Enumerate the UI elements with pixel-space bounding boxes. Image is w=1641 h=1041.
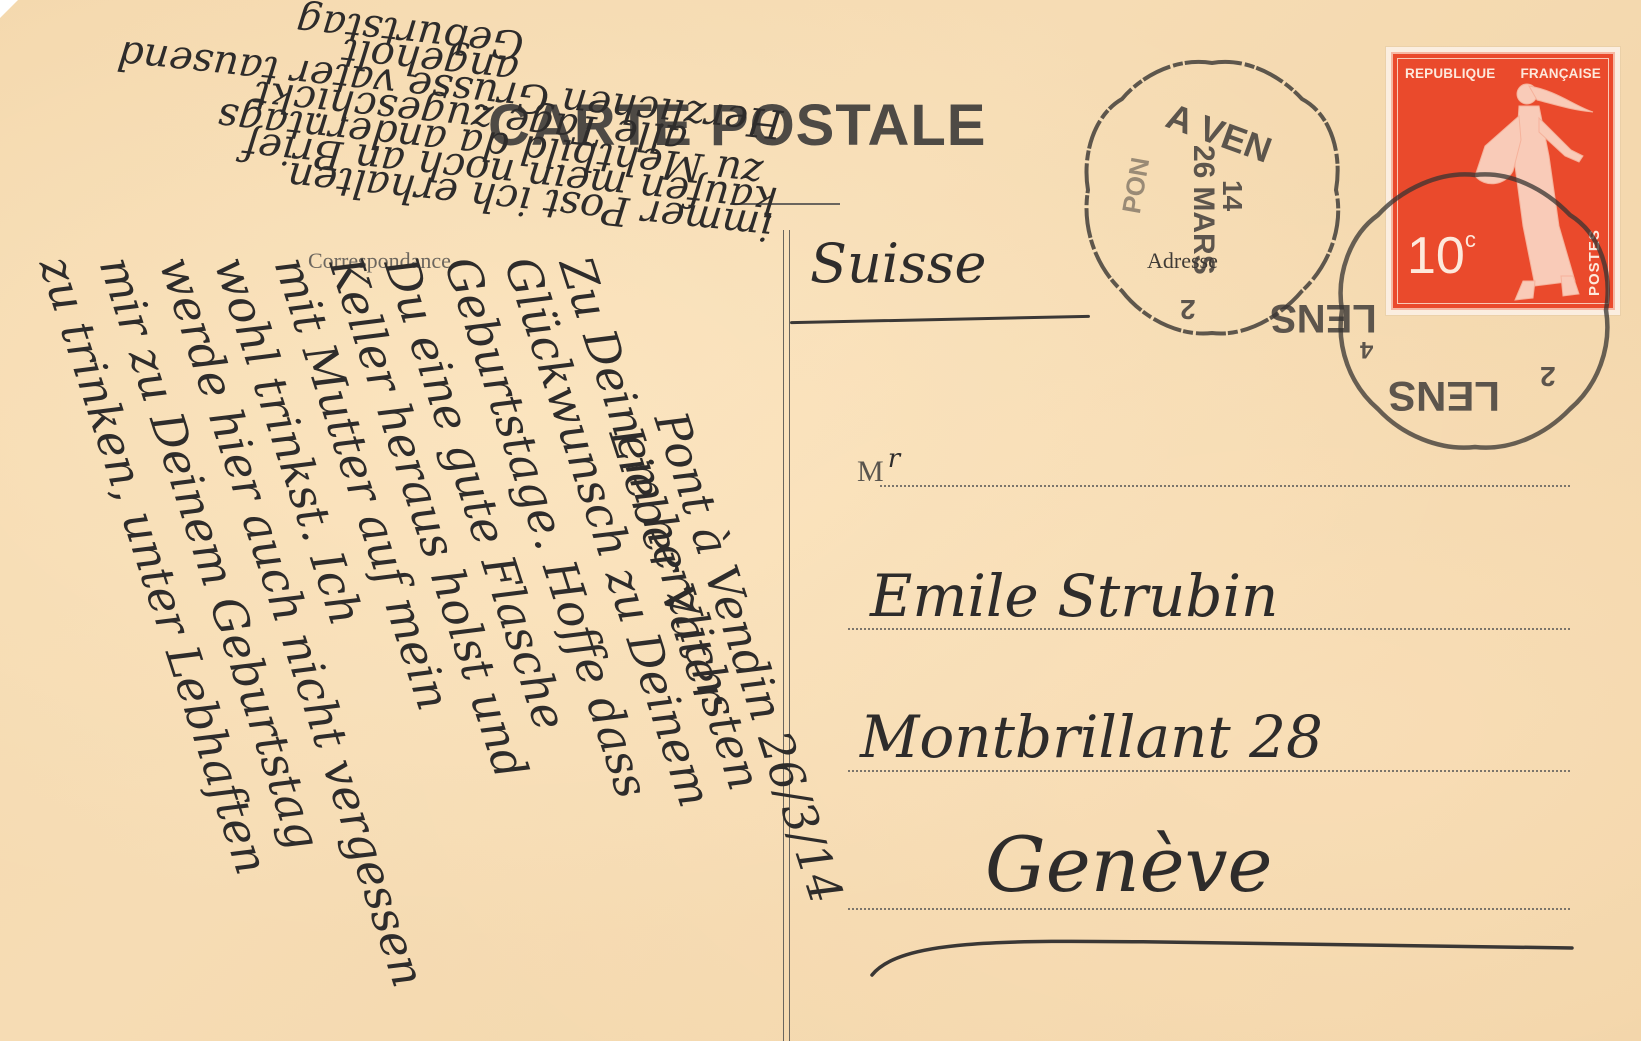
address-line-3: [848, 770, 1570, 772]
postmark-left-mark: 2: [1180, 293, 1196, 325]
recipient-prefix-suffix: r: [888, 444, 900, 474]
address-name: Emile Strubin: [870, 562, 1278, 630]
address-line-1: [880, 485, 1570, 487]
address-line-4: [848, 908, 1570, 910]
postmark-left-date: 26 MARS: [1186, 145, 1220, 275]
postmark-right-left-mark: 4: [1360, 335, 1373, 363]
postmark-right-lens: LENS: [1388, 372, 1500, 420]
recipient-prefix: Mr: [857, 455, 896, 489]
postmark-date-month: MARS: [1186, 186, 1220, 274]
address-line-2: [848, 628, 1570, 630]
recipient-prefix-text: M: [857, 455, 884, 488]
postmark-date-day: 26: [1186, 145, 1220, 178]
vertical-divider: [783, 230, 790, 1041]
address-street: Montbrillant 28: [860, 703, 1323, 771]
card-corner: [0, 0, 18, 18]
postmark-right: LENS 2 4: [1330, 165, 1620, 455]
postmark-left: A VEN PON 26 MARS 14 LENS 2: [1080, 55, 1345, 340]
country-underline: [790, 315, 1090, 324]
address-city: Genève: [985, 820, 1273, 909]
postmark-right-mark: 2: [1540, 360, 1556, 392]
city-flourish: [860, 930, 1580, 990]
postcard: CARTE POSTALE Correspondance Adresse Sui…: [0, 0, 1641, 1041]
postmark-left-year: 14: [1216, 180, 1248, 211]
